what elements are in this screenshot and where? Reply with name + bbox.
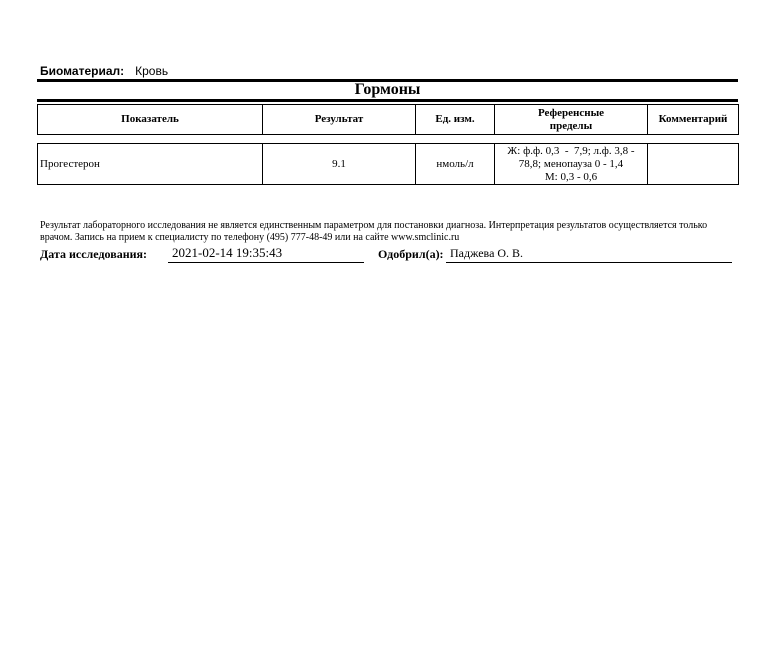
header-comment: Комментарий — [648, 105, 739, 135]
section-title: Гормоны — [37, 80, 738, 99]
cell-indicator: Прогестерон — [38, 144, 263, 185]
biomaterial: Биоматериал:Кровь — [40, 64, 168, 78]
disclaimer: Результат лабораторного исследования не … — [40, 220, 740, 244]
results-table: Прогестерон 9.1 нмоль/л Ж: ф.ф. 0,3 - 7,… — [37, 143, 739, 185]
cell-comment — [648, 144, 739, 185]
study-date-value: 2021-02-14 19:35:43 — [168, 245, 364, 263]
table-row: Прогестерон 9.1 нмоль/л Ж: ф.ф. 0,3 - 7,… — [38, 144, 739, 185]
cell-reference-line1: Ж: ф.ф. 0,3 - 7,9; л.ф. 3,8 - — [497, 145, 645, 158]
header-reference-line1: Референсные — [497, 107, 645, 120]
header-reference: Референсные пределы — [495, 105, 648, 135]
header-indicator: Показатель — [38, 105, 263, 135]
header-unit: Ед. изм. — [416, 105, 495, 135]
approved-by-label: Одобрил(а): — [378, 247, 444, 262]
cell-reference-line2: 78,8; менопауза 0 - 1,4 — [497, 158, 645, 171]
approved-by-value: Паджева О. В. — [446, 246, 732, 263]
results-table-header: Показатель Результат Ед. изм. Референсны… — [37, 104, 739, 135]
biomaterial-label: Биоматериал: — [40, 64, 124, 78]
biomaterial-value: Кровь — [135, 64, 168, 78]
cell-unit: нмоль/л — [416, 144, 495, 185]
header-result: Результат — [263, 105, 416, 135]
header-row: Показатель Результат Ед. изм. Референсны… — [38, 105, 739, 135]
header-reference-line2: пределы — [497, 120, 645, 133]
cell-reference-line3: М: 0,3 - 0,6 — [497, 171, 645, 184]
cell-result: 9.1 — [263, 144, 416, 185]
study-date-label: Дата исследования: — [40, 247, 147, 262]
bottom-rule — [37, 99, 738, 102]
cell-reference: Ж: ф.ф. 0,3 - 7,9; л.ф. 3,8 - 78,8; мено… — [495, 144, 648, 185]
